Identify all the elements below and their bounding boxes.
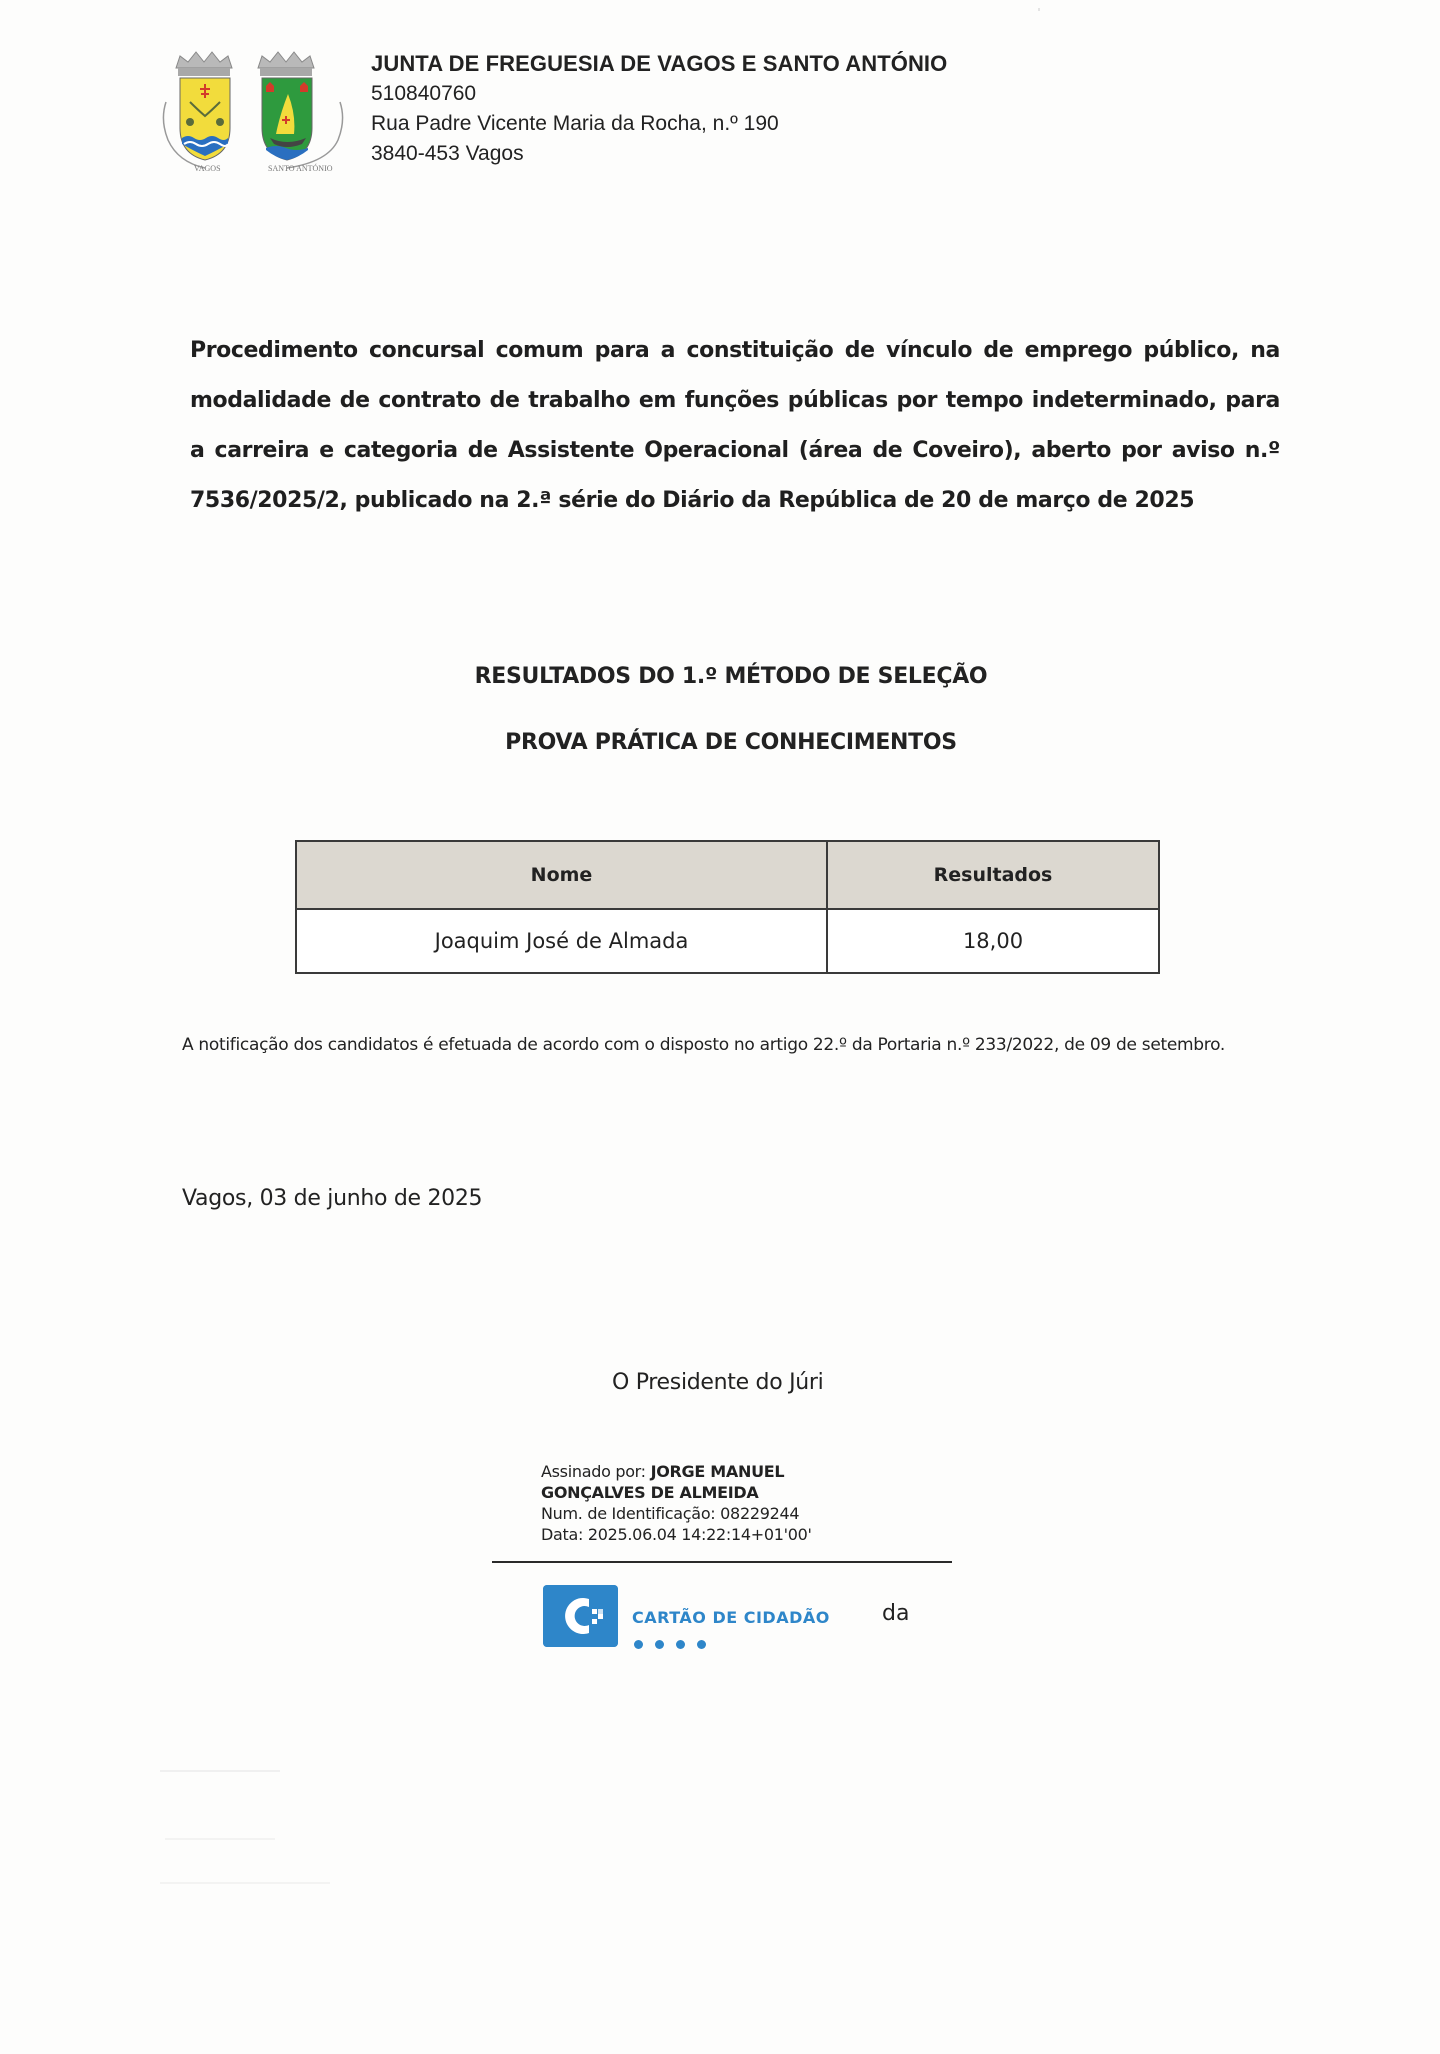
procedure-description: Procedimento concursal comum para a cons… bbox=[190, 326, 1280, 526]
signature-date: Data: 2025.06.04 14:22:14+01'00' bbox=[541, 1524, 812, 1545]
results-heading: RESULTADOS DO 1.º MÉTODO DE SELEÇÃO bbox=[0, 664, 1440, 689]
results-table: Nome Resultados Joaquim José de Almada 1… bbox=[295, 840, 1160, 974]
method-heading: PROVA PRÁTICA DE CONHECIMENTOS bbox=[0, 730, 1440, 755]
table-header-row: Nome Resultados bbox=[296, 841, 1159, 909]
signer-id: Num. de Identificação: 08229244 bbox=[541, 1503, 812, 1524]
letterhead: JUNTA DE FREGUESIA DE VAGOS E SANTO ANTÓ… bbox=[371, 49, 947, 169]
cartao-de-cidadao-dots bbox=[634, 1634, 718, 1653]
candidate-result: 18,00 bbox=[827, 909, 1159, 973]
cartao-de-cidadao-label: CARTÃO DE CIDADÃO bbox=[632, 1608, 830, 1627]
santo-antonio-coat-of-arms-icon: SANTO ANTÓNIO bbox=[258, 52, 343, 173]
organization-name: JUNTA DE FREGUESIA DE VAGOS E SANTO ANTÓ… bbox=[371, 49, 947, 79]
scan-artifact bbox=[160, 1770, 280, 1772]
column-header-name: Nome bbox=[296, 841, 827, 909]
signer-name-line1: JORGE MANUEL bbox=[651, 1462, 785, 1481]
organization-nif: 510840760 bbox=[371, 79, 947, 109]
header-crests: VAGOS SANTO ANTÓNIO bbox=[158, 50, 348, 175]
signature-line bbox=[492, 1561, 952, 1563]
notification-note: A notificação dos candidatos é efetuada … bbox=[182, 1028, 1272, 1062]
vagos-coat-of-arms-icon: VAGOS bbox=[163, 52, 232, 173]
signed-by-label: Assinado por: bbox=[541, 1462, 646, 1481]
digital-signature-block: Assinado por: JORGE MANUEL GONÇALVES DE … bbox=[541, 1461, 812, 1545]
scan-artifact bbox=[165, 1838, 275, 1840]
signatory-title: O Presidente do Júri bbox=[612, 1370, 823, 1395]
svg-text:SANTO ANTÓNIO: SANTO ANTÓNIO bbox=[268, 163, 333, 173]
svg-text:VAGOS: VAGOS bbox=[194, 164, 221, 173]
scan-artifact bbox=[160, 1882, 330, 1884]
signer-name-line2: GONÇALVES DE ALMEIDA bbox=[541, 1483, 758, 1502]
column-header-results: Resultados bbox=[827, 841, 1159, 909]
cartao-de-cidadao-logo-icon bbox=[543, 1585, 618, 1647]
place-and-date: Vagos, 03 de junho de 2025 bbox=[182, 1186, 482, 1211]
candidate-name: Joaquim José de Almada bbox=[296, 909, 827, 973]
organization-address: Rua Padre Vicente Maria da Rocha, n.º 19… bbox=[371, 109, 947, 139]
organization-postal-code: 3840-453 Vagos bbox=[371, 139, 947, 169]
signature-trailing-text: da bbox=[882, 1601, 909, 1626]
table-row: Joaquim José de Almada 18,00 bbox=[296, 909, 1159, 973]
scan-artifact bbox=[1038, 8, 1040, 11]
